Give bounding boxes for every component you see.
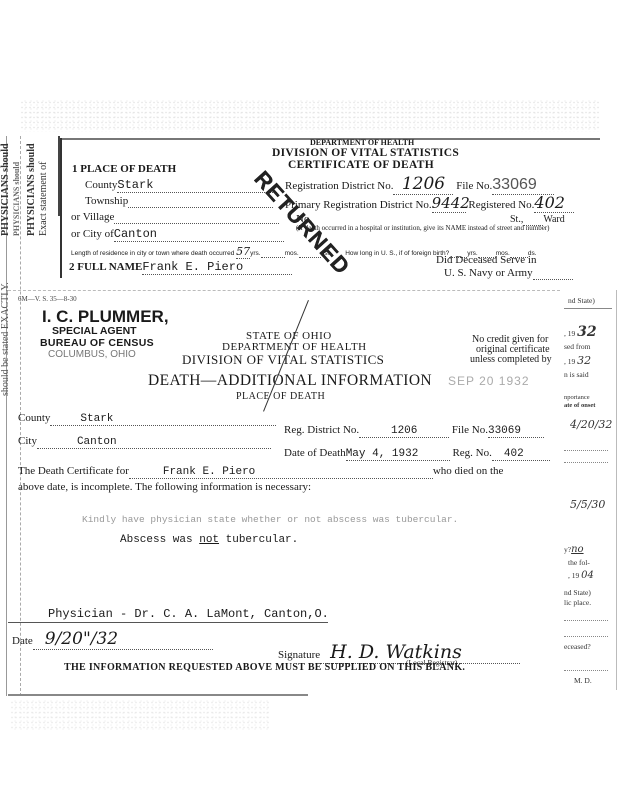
credit-note-line3: unless completed by xyxy=(470,354,552,365)
county-label: County xyxy=(85,179,117,191)
reg-no-label: Reg. No. xyxy=(452,447,491,459)
right-fragment: , 19 32 xyxy=(564,354,591,367)
city-value: Canton xyxy=(114,227,284,242)
signature-row: SignatureH. D. Watkins xyxy=(278,641,520,664)
right-fragment: , 19 04 xyxy=(568,570,594,581)
received-date-stamp: SEP 20 1932 xyxy=(448,374,530,388)
date-row: Date9/20"/32 xyxy=(12,629,213,650)
reg-district-value: 1206 xyxy=(359,425,449,438)
agent-title: SPECIAL AGENT xyxy=(52,325,137,337)
city-row: CityCanton xyxy=(18,435,271,449)
city-label: City xyxy=(18,435,37,447)
registered-value: 402 xyxy=(534,193,574,213)
answer-pre: Abscess was xyxy=(120,534,199,546)
registered-label: Registered No. xyxy=(468,199,534,211)
place-of-death-label: 1 PLACE OF DEATH xyxy=(72,163,176,175)
navy-label-1: Did Deceased Serve in xyxy=(436,254,537,266)
reg-district-label: Reg. District No. xyxy=(284,424,359,436)
form-title: DEATH—ADDITIONAL INFORMATION xyxy=(148,372,432,390)
ward-label: Ward xyxy=(543,214,564,225)
margin-text-4: Exact statement of xyxy=(38,162,49,236)
city-label: or City of xyxy=(71,228,114,240)
answer-emphasis: not xyxy=(199,534,219,546)
right-fragment: y?no xyxy=(564,544,584,555)
certificate-for-value: Frank E. Piero xyxy=(129,466,433,479)
certificate-for-row: The Death Certificate forFrank E. Pierow… xyxy=(18,465,503,479)
form-code: 6M—V. S. 35—8-30 xyxy=(18,295,77,303)
village-label: or Village xyxy=(71,211,114,223)
right-fragment: , 19 32 xyxy=(564,324,597,340)
dept-header: DEPARTMENT OF HEALTH xyxy=(310,138,414,147)
right-fragment: lic place. xyxy=(564,598,591,607)
physician-line: Physician - Dr. C. A. LaMont, Canton,O. xyxy=(48,607,329,621)
right-fragment: 4/20/32 xyxy=(570,418,612,431)
residence-years: 57 xyxy=(236,245,250,259)
margin-text-3: PHYSICIANS should xyxy=(26,143,37,236)
full-name-row: 2 FULL NAMEFrank E. Piero xyxy=(69,260,292,275)
who-died-label: who died on the xyxy=(433,465,504,477)
form-subtitle: PLACE OF DEATH xyxy=(236,391,325,402)
reg-district-label: Registration District No. xyxy=(285,180,393,192)
village-row: or Village xyxy=(71,211,279,224)
right-fragment: nd State) xyxy=(564,588,591,597)
right-fragment: sed from xyxy=(564,342,590,351)
foreign-birth-label: How long in U. S., if of foreign birth? xyxy=(345,250,449,257)
date-label: Date xyxy=(12,635,33,647)
margin-text-2: PHYSICIANS should xyxy=(12,162,21,236)
township-label: Township xyxy=(85,195,128,207)
date-of-death-row: Date of DeathMay 4, 1932 Reg. No.402 xyxy=(284,447,550,461)
request-text: Kindly have physician state whether or n… xyxy=(82,514,458,525)
margin-text-1: PHYSICIANS should xyxy=(0,143,11,236)
yrs-label: yrs. xyxy=(250,250,260,257)
date-of-death-value: May 4, 1932 xyxy=(346,448,450,461)
city-value: Canton xyxy=(37,436,271,449)
division-header: DIVISION OF VITAL STATISTICS xyxy=(272,147,459,159)
incomplete-text: above date, is incomplete. The following… xyxy=(18,481,311,493)
right-fragment: M. D. xyxy=(574,676,592,685)
answer-row: Abscess was not tubercular. xyxy=(120,534,298,546)
primary-district-value: 9442 xyxy=(432,194,466,213)
file-label: File No. xyxy=(452,424,488,436)
reg-no-value: 402 xyxy=(492,448,550,461)
city-row: or City ofCanton xyxy=(71,227,284,242)
navy-row: U. S. Navy or Army xyxy=(444,267,573,280)
certificate-title: CERTIFICATE OF DEATH xyxy=(288,159,434,171)
mos-label: mos. xyxy=(285,250,299,257)
date-value: 9/20"/32 xyxy=(33,629,213,650)
date-of-death-label: Date of Death xyxy=(284,447,346,459)
reg-district-row: Registration District No.1206 File No.33… xyxy=(285,174,554,195)
signature-label: Signature xyxy=(278,649,320,661)
reg-district-row: Reg. District No.1206 File No.33069 xyxy=(284,424,544,438)
full-name-value: Frank E. Piero xyxy=(142,260,292,275)
original-certificate: DEPARTMENT OF HEALTH DIVISION OF VITAL S… xyxy=(60,138,624,278)
additional-info-form: 6M—V. S. 35—8-30 I. C. PLUMMER, SPECIAL … xyxy=(8,290,560,690)
primary-district-row: Primary Registration District No.9442 Re… xyxy=(285,193,574,213)
answer-post: tubercular. xyxy=(219,534,298,546)
scan-noise-bottom xyxy=(10,700,270,730)
file-value: 33069 xyxy=(488,425,544,438)
county-value: Stark xyxy=(50,413,276,426)
footer-notice: THE INFORMATION REQUESTED ABOVE MUST BE … xyxy=(64,662,465,673)
navy-label-2: U. S. Navy or Army xyxy=(444,267,533,279)
county-label: County xyxy=(18,412,50,424)
reg-district-value: 1206 xyxy=(393,174,453,195)
right-fragment: ate of onset xyxy=(564,402,595,409)
agent-name: I. C. PLUMMER, xyxy=(42,307,169,327)
st-label: St., xyxy=(510,214,523,225)
right-fragment: n is said xyxy=(564,370,589,379)
right-fragment: nportance xyxy=(564,394,590,401)
agent-bureau: BUREAU OF CENSUS xyxy=(40,337,154,349)
file-label: File No. xyxy=(456,180,492,192)
county-row: CountyStark xyxy=(85,178,277,193)
agent-city: COLUMBUS, OHIO xyxy=(48,349,136,360)
residence-label: Length of residence in city or town wher… xyxy=(71,250,234,257)
right-fragment: 5/5/30 xyxy=(570,498,605,511)
township-row: Township xyxy=(85,195,273,208)
certificate-for-label: The Death Certificate for xyxy=(18,465,129,477)
right-edge-column: nd State) , 19 32 sed from , 19 32 n is … xyxy=(560,290,616,690)
scan-noise-top xyxy=(20,100,600,132)
st-ward-row: St., Ward xyxy=(510,214,565,226)
full-name-label: 2 FULL NAME xyxy=(69,261,142,273)
county-row: CountyStark xyxy=(18,412,276,426)
right-fragment: nd State) xyxy=(568,296,595,305)
right-fragment: the fol- xyxy=(568,558,590,567)
right-fragment: eceased? xyxy=(564,642,591,651)
